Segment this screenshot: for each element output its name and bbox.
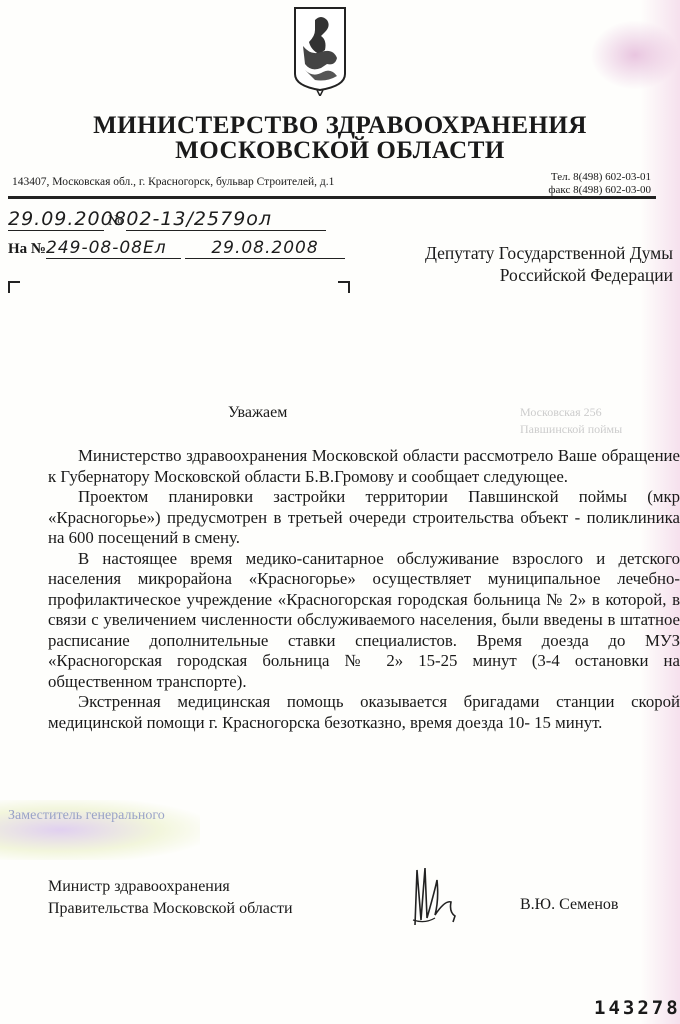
coat-of-arms-icon: [291, 6, 349, 96]
body-paragraph: В настоящее время медико-санитарное обсл…: [48, 549, 680, 693]
body-paragraph: Проектом планировки застройки территории…: [48, 487, 680, 549]
number-label: №: [108, 213, 122, 229]
ministry-title-line1: МИНИСТЕРСТВО ЗДРАВООХРАНЕНИЯ: [0, 112, 680, 140]
outgoing-registration: 29.09.2008 № 02-13/2579ол: [8, 208, 348, 231]
body-paragraph: Министерство здравоохранения Московской …: [48, 446, 680, 487]
address-corner-mark: [338, 281, 350, 293]
handwritten-signature-icon: [405, 860, 465, 930]
salutation: Уважаем: [228, 404, 287, 422]
serial-number: 143278: [594, 997, 680, 1019]
outgoing-number: 02-13/2579ол: [126, 208, 326, 231]
reply-number: 249-08-08Ел: [46, 238, 181, 259]
ministry-title-line2: МОСКОВСКОЙ ОБЛАСТИ: [0, 137, 680, 165]
ministry-contacts: Тел. 8(498) 602-03-01 факс 8(498) 602-03…: [520, 171, 651, 197]
letter-body: Министерство здравоохранения Московской …: [48, 446, 680, 733]
address-corner-mark: [8, 281, 20, 293]
reply-registration: На №249-08-08Ел 29.08.2008: [8, 238, 353, 259]
recipient-line2: Российской Федерации: [400, 264, 673, 286]
ministry-address: 143407, Московская обл., г. Красногорск,…: [12, 176, 334, 188]
paper-stain: [590, 20, 680, 90]
signatory-name: В.Ю. Семенов: [520, 896, 618, 914]
recipient-line1: Депутату Государственной Думы: [400, 242, 673, 264]
body-paragraph: Экстренная медицинская помощь оказываетс…: [48, 692, 680, 733]
recipient: Депутату Государственной Думы Российской…: [400, 242, 673, 286]
phone: Тел. 8(498) 602-03-01: [520, 171, 651, 184]
signatory-title: Министр здравоохранения Правительства Мо…: [48, 876, 293, 920]
bleed-through-text: Московская 256 Павшинской поймы: [520, 404, 622, 438]
outgoing-date: 29.09.2008: [8, 208, 104, 231]
bleed-through-text: Заместитель генерального: [8, 808, 165, 824]
reply-date: 29.08.2008: [185, 238, 345, 259]
header-divider: [8, 196, 656, 199]
reply-label: На №: [8, 241, 46, 257]
